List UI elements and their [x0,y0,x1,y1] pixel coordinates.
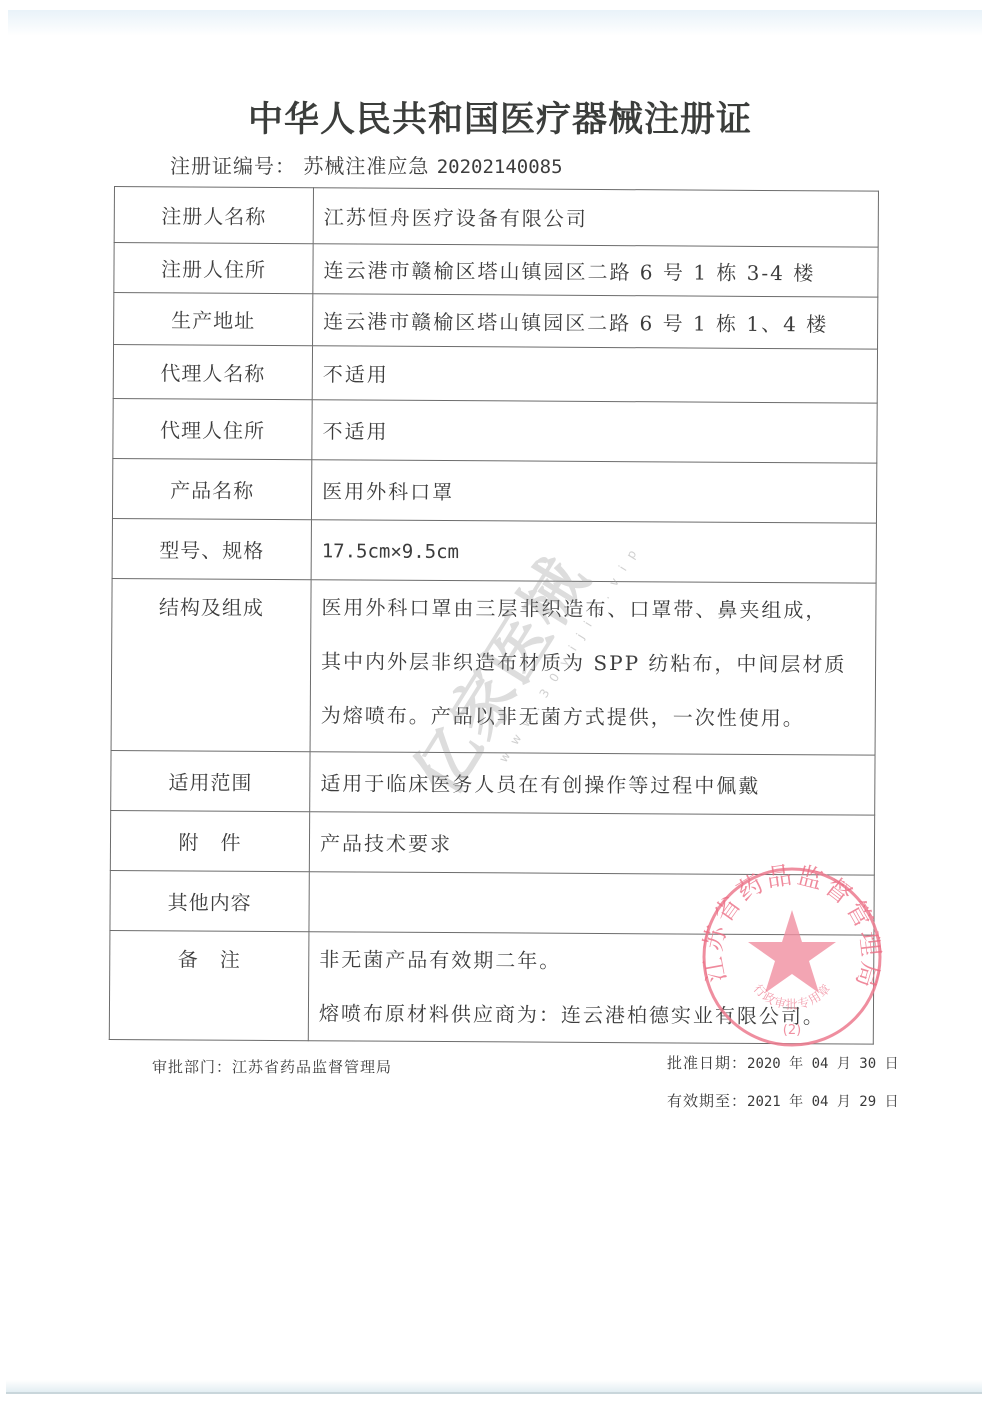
table-row: 生产地址 连云港市赣榆区塔山镇园区二路 6 号 1 栋 1、4 楼 [114,293,878,350]
row-value-structure: 医用外科口罩由三层非织造布、口罩带、鼻夹组成， 其中内外层非织造布材质为 SPP… [310,580,876,755]
row-value-other [309,872,874,935]
row-value-registrant-address: 连云港市赣榆区塔山镇园区二路 6 号 1 栋 3-4 楼 [313,244,878,297]
valid-until-label: 有效期至： [667,1092,747,1110]
row-value-model-spec: 17.5cm×9.5cm [311,520,876,583]
approval-date: 批准日期：2020 年 04 月 30 日 [667,1052,899,1073]
structure-line-2: 其中内外层非织造布材质为 SPP 纺粘布，中间层材质 [321,634,875,691]
table-row: 其他内容 [110,870,874,935]
certificate-table: 注册人名称 江苏恒舟医疗设备有限公司 注册人住所 连云港市赣榆区塔山镇园区二路 … [109,186,879,1045]
row-value-scope: 适用于临床医务人员在有创操作等过程中佩戴 [310,752,875,815]
row-label-registrant-name: 注册人名称 [114,187,313,244]
table-row: 结构及组成 医用外科口罩由三层非织造布、口罩带、鼻夹组成， 其中内外层非织造布材… [111,578,876,755]
valid-until: 有效期至：2021 年 04 月 29 日 [667,1090,899,1111]
scan-edge-bottom [6,1380,982,1394]
registration-number-prefix: 苏械注准应急 [303,154,429,178]
structure-line-1: 医用外科口罩由三层非织造布、口罩带、鼻夹组成， [321,580,875,637]
row-value-agent-name: 不适用 [312,346,877,403]
table-row: 型号、规格 17.5cm×9.5cm [112,518,876,583]
approval-department: 审批部门：江苏省药品监督管理局 [152,1056,392,1077]
row-label-product-name: 产品名称 [112,458,311,519]
row-value-agent-address: 不适用 [312,400,877,463]
table-row: 产品名称 医用外科口罩 [112,458,876,523]
registration-number-line: 注册证编号： 苏械注准应急 20202140085 [170,150,563,179]
row-label-remarks: 备 注 [109,930,309,1040]
table-row: 备 注 非无菌产品有效期二年。 熔喷布原材料供应商为：连云港柏德实业有限公司。 [109,930,874,1044]
registration-number-label: 注册证编号： [170,154,296,178]
scan-edge-top [8,10,982,36]
row-label-structure: 结构及组成 [111,578,311,751]
row-value-registrant-name: 江苏恒舟医疗设备有限公司 [313,188,878,247]
approval-date-value: 2020 年 04 月 30 日 [747,1056,899,1072]
table-row: 适用范围 适用于临床医务人员在有创操作等过程中佩戴 [111,750,875,815]
approval-date-label: 批准日期： [667,1054,747,1072]
remarks-line-1: 非无菌产品有效期二年。 [319,932,873,989]
table-row: 注册人名称 江苏恒舟医疗设备有限公司 [114,187,878,248]
table-row: 代理人名称 不适用 [113,345,877,404]
table-row: 附 件 产品技术要求 [110,810,874,875]
row-label-agent-name: 代理人名称 [113,345,312,400]
row-label-model-spec: 型号、规格 [112,518,311,579]
table-row: 注册人住所 连云港市赣榆区塔山镇园区二路 6 号 1 栋 3-4 楼 [114,243,878,298]
approval-dept-label: 审批部门： [152,1058,232,1076]
row-label-agent-address: 代理人住所 [113,398,312,459]
row-label-attachment: 附 件 [110,810,309,871]
model-spec-text: 17.5cm×9.5cm [322,540,459,563]
approval-dept-value: 江苏省药品监督管理局 [232,1058,392,1076]
remarks-line-2: 熔喷布原材料供应商为：连云港柏德实业有限公司。 [319,986,873,1043]
valid-until-value: 2021 年 04 月 29 日 [747,1094,899,1110]
registration-number: 20202140085 [437,156,563,178]
row-label-production-address: 生产地址 [114,293,313,346]
structure-line-3: 为熔喷布。产品以非无菌方式提供，一次性使用。 [321,688,875,745]
row-value-remarks: 非无菌产品有效期二年。 熔喷布原材料供应商为：连云港柏德实业有限公司。 [308,932,874,1044]
row-label-registrant-address: 注册人住所 [114,243,313,294]
table-row: 代理人住所 不适用 [113,398,877,463]
row-label-other: 其他内容 [110,870,309,931]
row-value-production-address: 连云港市赣榆区塔山镇园区二路 6 号 1 栋 1、4 楼 [313,294,878,349]
certificate-title: 中华人民共和国医疗器械注册证 [0,92,1000,142]
row-label-scope: 适用范围 [111,750,310,811]
row-value-product-name: 医用外科口罩 [311,460,876,523]
row-value-attachment: 产品技术要求 [309,812,874,875]
